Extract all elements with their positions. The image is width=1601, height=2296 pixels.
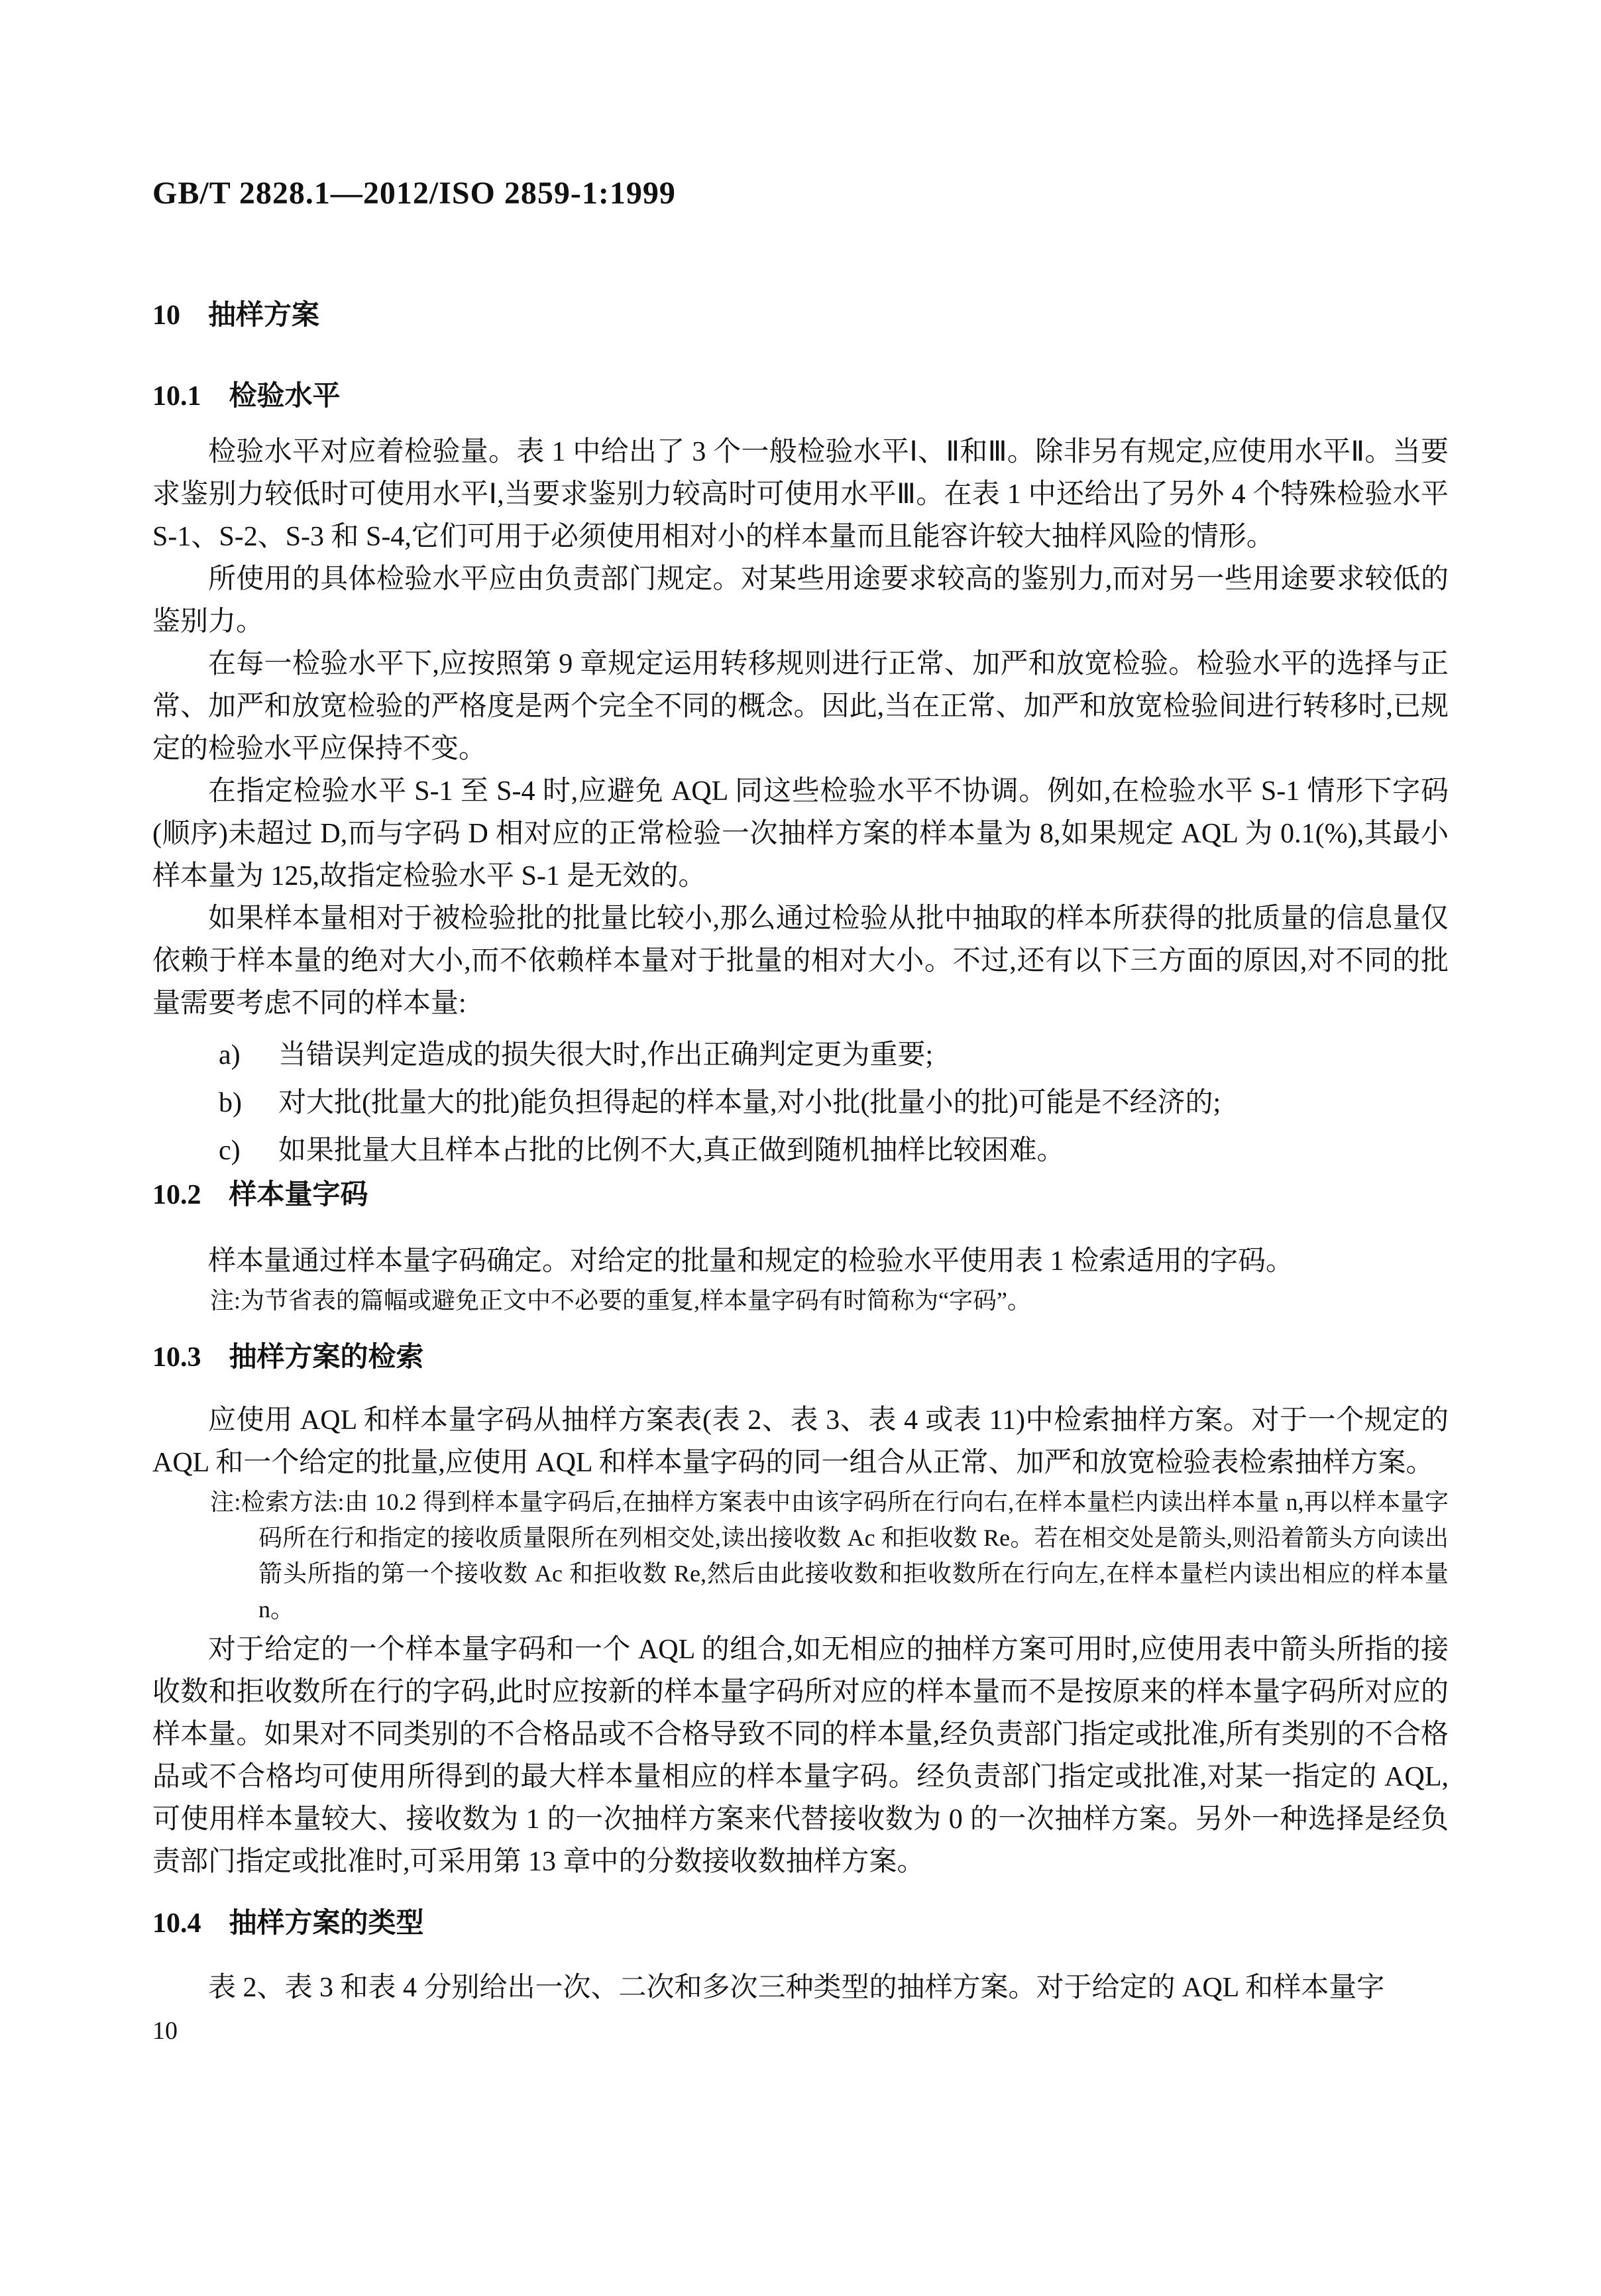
section-title: 样本量字码 <box>229 1180 368 1210</box>
section-title: 检验水平 <box>229 381 341 412</box>
section-heading-10: 10抽样方案 <box>152 296 1449 335</box>
list-item-text: 如果批量大且样本占批的比例不大,真正做到随机抽样比较困难。 <box>278 1127 1449 1175</box>
paragraph: 样本量通过样本量字码确定。对给定的批量和规定的检验水平使用表 1 检索适用的字码… <box>152 1240 1449 1283</box>
document-header: GB/T 2828.1—2012/ISO 2859-1:1999 <box>152 174 1449 213</box>
section-heading-10-2: 10.2样本量字码 <box>152 1175 1449 1215</box>
paragraph: 对于给定的一个样本量字码和一个 AQL 的组合,如无相应的抽样方案可用时,应使用… <box>152 1629 1449 1883</box>
list-item: c) 如果批量大且样本占批的比例不大,真正做到随机抽样比较困难。 <box>152 1127 1449 1175</box>
list-item: a) 当错误判定造成的损失很大时,作出正确判定更为重要; <box>152 1031 1449 1079</box>
note: 注:为节省表的篇幅或避免正文中不必要的重复,样本量字码有时简称为“字码”。 <box>152 1283 1449 1318</box>
section-number: 10.2 <box>152 1180 201 1210</box>
list-item-text: 对大批(批量大的批)能负担得起的样本量,对小批(批量小的批)可能是不经济的; <box>278 1079 1449 1127</box>
note: 注:检索方法:由 10.2 得到样本量字码后,在抽样方案表中由该字码所在行向右,… <box>152 1484 1449 1627</box>
ordered-list: a) 当错误判定造成的损失很大时,作出正确判定更为重要; b) 对大批(批量大的… <box>152 1031 1449 1175</box>
paragraph: 应使用 AQL 和样本量字码从抽样方案表(表 2、表 3、表 4 或表 11)中… <box>152 1399 1449 1484</box>
list-item-label: c) <box>219 1127 278 1175</box>
section-heading-10-3: 10.3抽样方案的检索 <box>152 1338 1449 1377</box>
section-number: 10.3 <box>152 1342 201 1373</box>
document-page: GB/T 2828.1—2012/ISO 2859-1:1999 10抽样方案 … <box>0 0 1601 2296</box>
section-title: 抽样方案的类型 <box>229 1908 424 1939</box>
list-item: b) 对大批(批量大的批)能负担得起的样本量,对小批(批量小的批)可能是不经济的… <box>152 1079 1449 1127</box>
list-item-text: 当错误判定造成的损失很大时,作出正确判定更为重要; <box>278 1031 1449 1079</box>
paragraph: 检验水平对应着检验量。表 1 中给出了 3 个一般检验水平Ⅰ、Ⅱ和Ⅲ。除非另有规… <box>152 431 1449 558</box>
list-item-label: b) <box>219 1079 278 1127</box>
paragraph: 在每一检验水平下,应按照第 9 章规定运用转移规则进行正常、加严和放宽检验。检验… <box>152 643 1449 770</box>
section-number: 10.4 <box>152 1908 201 1939</box>
section-heading-10-1: 10.1检验水平 <box>152 376 1449 416</box>
section-number: 10.1 <box>152 381 201 412</box>
section-title: 抽样方案的检索 <box>229 1342 424 1373</box>
paragraph: 所使用的具体检验水平应由负责部门规定。对某些用途要求较高的鉴别力,而对另一些用途… <box>152 558 1449 643</box>
section-number: 10 <box>152 300 180 331</box>
section-title: 抽样方案 <box>208 300 319 331</box>
page-number: 10 <box>152 2013 1449 2049</box>
paragraph: 如果样本量相对于被检验批的批量比较小,那么通过检验从批中抽取的样本所获得的批质量… <box>152 897 1449 1025</box>
paragraph: 表 2、表 3 和表 4 分别给出一次、二次和多次三种类型的抽样方案。对于给定的… <box>152 1967 1449 2009</box>
list-item-label: a) <box>219 1031 278 1079</box>
section-heading-10-4: 10.4抽样方案的类型 <box>152 1904 1449 1943</box>
paragraph: 在指定检验水平 S-1 至 S-4 时,应避免 AQL 同这些检验水平不协调。例… <box>152 770 1449 897</box>
